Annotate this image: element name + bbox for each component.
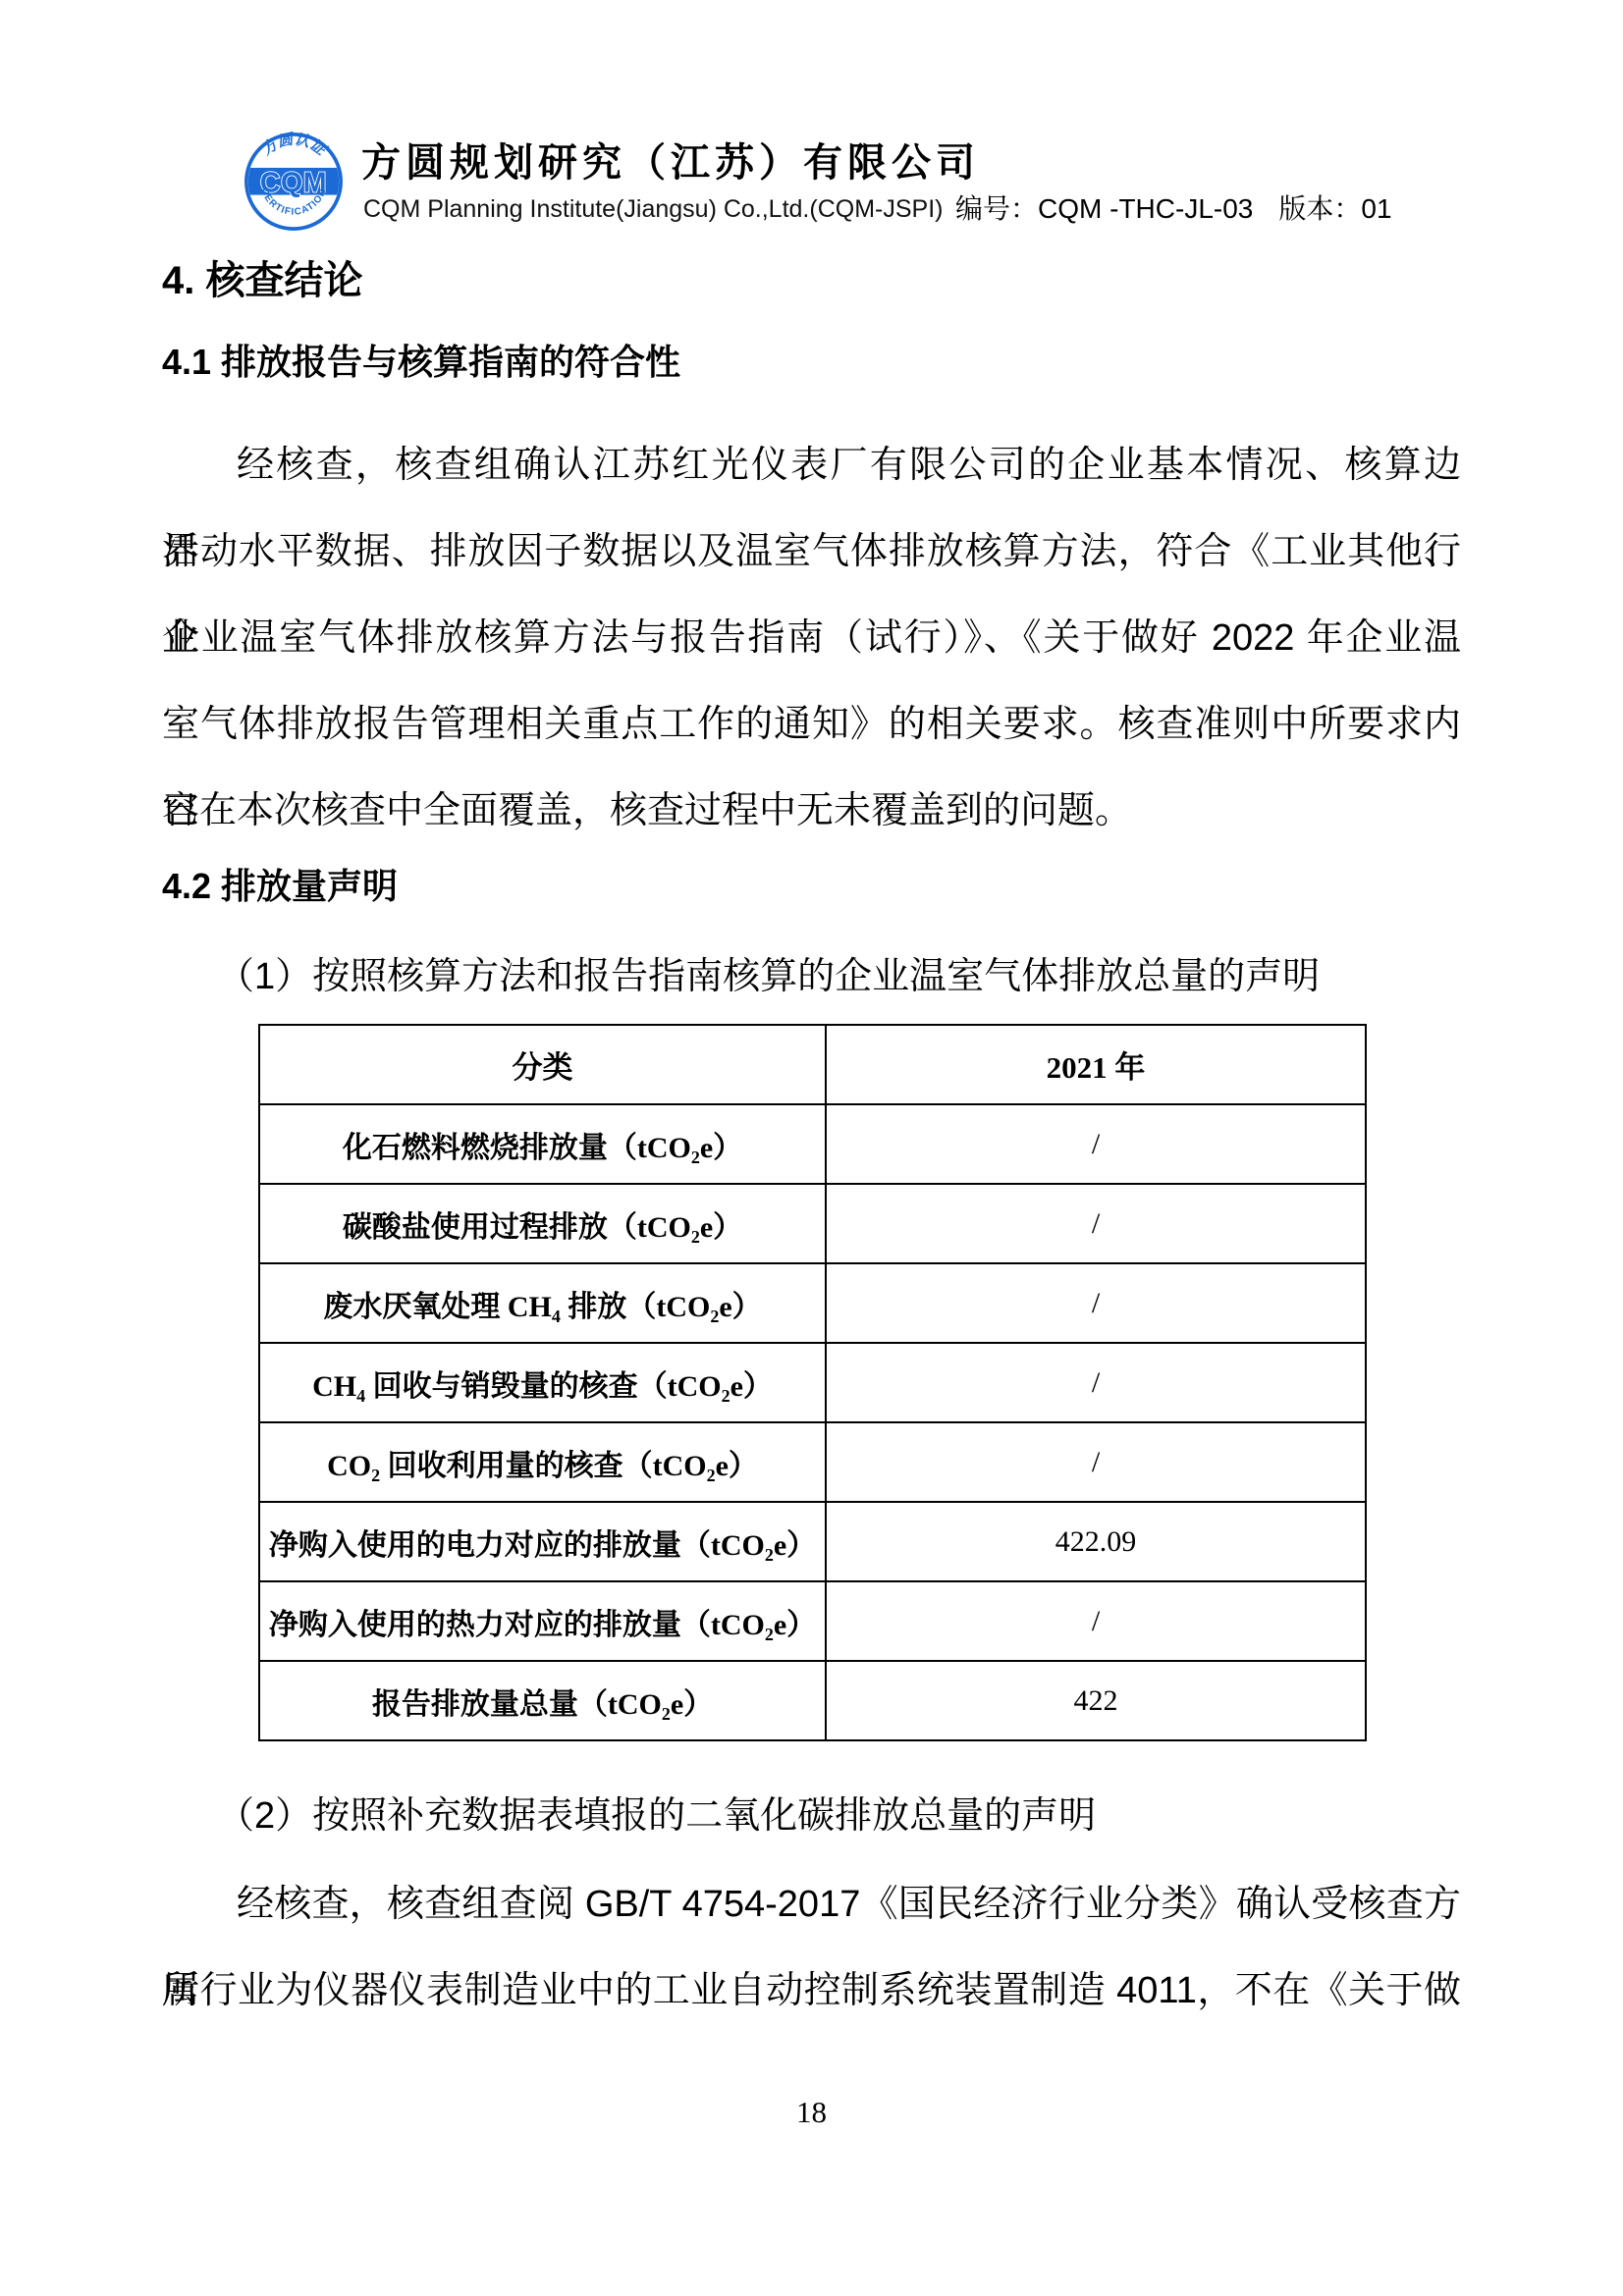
header-cell-category: 分类 — [259, 1025, 826, 1104]
doc-no-label: 编号： — [955, 193, 1038, 224]
cqm-logo: 方圆认证 CQM CERTIFICATION — [243, 132, 344, 232]
table-row: 净购入使用的电力对应的排放量（tCO₂e） 422.09 — [259, 1502, 1366, 1581]
category-cell: 化石燃料燃烧排放量（tCO₂e） — [259, 1104, 826, 1184]
para-4-1-line: 企业温室气体排放核算方法与报告指南（试行）》、《关于做好 2022 年企业温 — [162, 595, 1461, 681]
table-row: 报告排放量总量（tCO₂e） 422 — [259, 1661, 1366, 1740]
value-cell: / — [826, 1581, 1366, 1661]
company-name-en: CQM Planning Institute(Jiangsu) Co.,Ltd.… — [363, 194, 943, 224]
table-row: 废水厌氧处理 CH₄ 排放（tCO₂e） / — [259, 1263, 1366, 1343]
section-4-2-heading: 4.2 排放量声明 — [162, 864, 398, 909]
table-row: 碳酸盐使用过程排放（tCO₂e） / — [259, 1184, 1366, 1263]
header-cell-year: 2021 年 — [826, 1025, 1366, 1104]
version-value: 01 — [1361, 193, 1391, 224]
statement-item-2: （2）按照补充数据表填报的二氧化碳排放总量的声明 — [162, 1787, 1461, 1845]
doc-no-value: CQM -THC-JL-03 — [1038, 193, 1253, 224]
document-number-line: 编号：CQM -THC-JL-03版本：01 — [955, 192, 1392, 226]
para-4-1-line: 经核查，核查组确认江苏红光仪表厂有限公司的企业基本情况、核算边界、 — [162, 422, 1461, 508]
section-4-heading: 4. 核查结论 — [162, 255, 362, 306]
category-cell: CO₂ 回收利用量的核查（tCO₂e） — [259, 1422, 826, 1502]
para-4-1-line: 室气体排放报告管理相关重点工作的通知》的相关要求。核查准则中所要求内容 — [162, 681, 1461, 768]
value-cell: / — [826, 1343, 1366, 1422]
value-cell: / — [826, 1184, 1366, 1263]
company-name-cn: 方圆规划研究（江苏）有限公司 — [361, 139, 980, 187]
value-cell: 422.09 — [826, 1502, 1366, 1581]
table-row: CO₂ 回收利用量的核查（tCO₂e） / — [259, 1422, 1366, 1502]
table-row: 化石燃料燃烧排放量（tCO₂e） / — [259, 1104, 1366, 1184]
table-row: CH₄ 回收与销毁量的核查（tCO₂e） / — [259, 1343, 1366, 1422]
report-page: 方圆认证 CQM CERTIFICATION 方圆规划研究（江苏）有限公司 CQ… — [0, 0, 1623, 2296]
section-4-1-heading: 4.1 排放报告与核算指南的符合性 — [162, 340, 680, 385]
version-label: 版本： — [1278, 193, 1361, 224]
para-4-2-line: 属行业为仪器仪表制造业中的工业自动控制系统装置制造 4011，不在《关于做 — [162, 1948, 1461, 2034]
para-4-1-line: 活动水平数据、排放因子数据以及温室气体排放核算方法，符合《工业其他行业 — [162, 508, 1461, 595]
value-cell: / — [826, 1422, 1366, 1502]
page-number: 18 — [0, 2093, 1623, 2132]
statement-item-1: （1）按照核算方法和报告指南核算的企业温室气体排放总量的声明 — [162, 947, 1461, 1006]
value-cell: / — [826, 1263, 1366, 1343]
category-cell: CH₄ 回收与销毁量的核查（tCO₂e） — [259, 1343, 826, 1422]
value-cell: / — [826, 1104, 1366, 1184]
table-row: 净购入使用的热力对应的排放量（tCO₂e） / — [259, 1581, 1366, 1661]
para-4-2-line: 经核查，核查组查阅 GB/T 4754-2017《国民经济行业分类》确认受核查方… — [162, 1861, 1461, 1948]
category-cell: 净购入使用的电力对应的排放量（tCO₂e） — [259, 1502, 826, 1581]
emission-summary-table: 分类 2021 年 化石燃料燃烧排放量（tCO₂e） / 碳酸盐使用过程排放（t… — [258, 1024, 1367, 1741]
para-4-1-line: 已在本次核查中全面覆盖，核查过程中无未覆盖到的问题。 — [162, 768, 1461, 854]
category-cell: 报告排放量总量（tCO₂e） — [259, 1661, 826, 1740]
value-cell: 422 — [826, 1661, 1366, 1740]
category-cell: 废水厌氧处理 CH₄ 排放（tCO₂e） — [259, 1263, 826, 1343]
category-cell: 净购入使用的热力对应的排放量（tCO₂e） — [259, 1581, 826, 1661]
category-cell: 碳酸盐使用过程排放（tCO₂e） — [259, 1184, 826, 1263]
table-header-row: 分类 2021 年 — [259, 1025, 1366, 1104]
